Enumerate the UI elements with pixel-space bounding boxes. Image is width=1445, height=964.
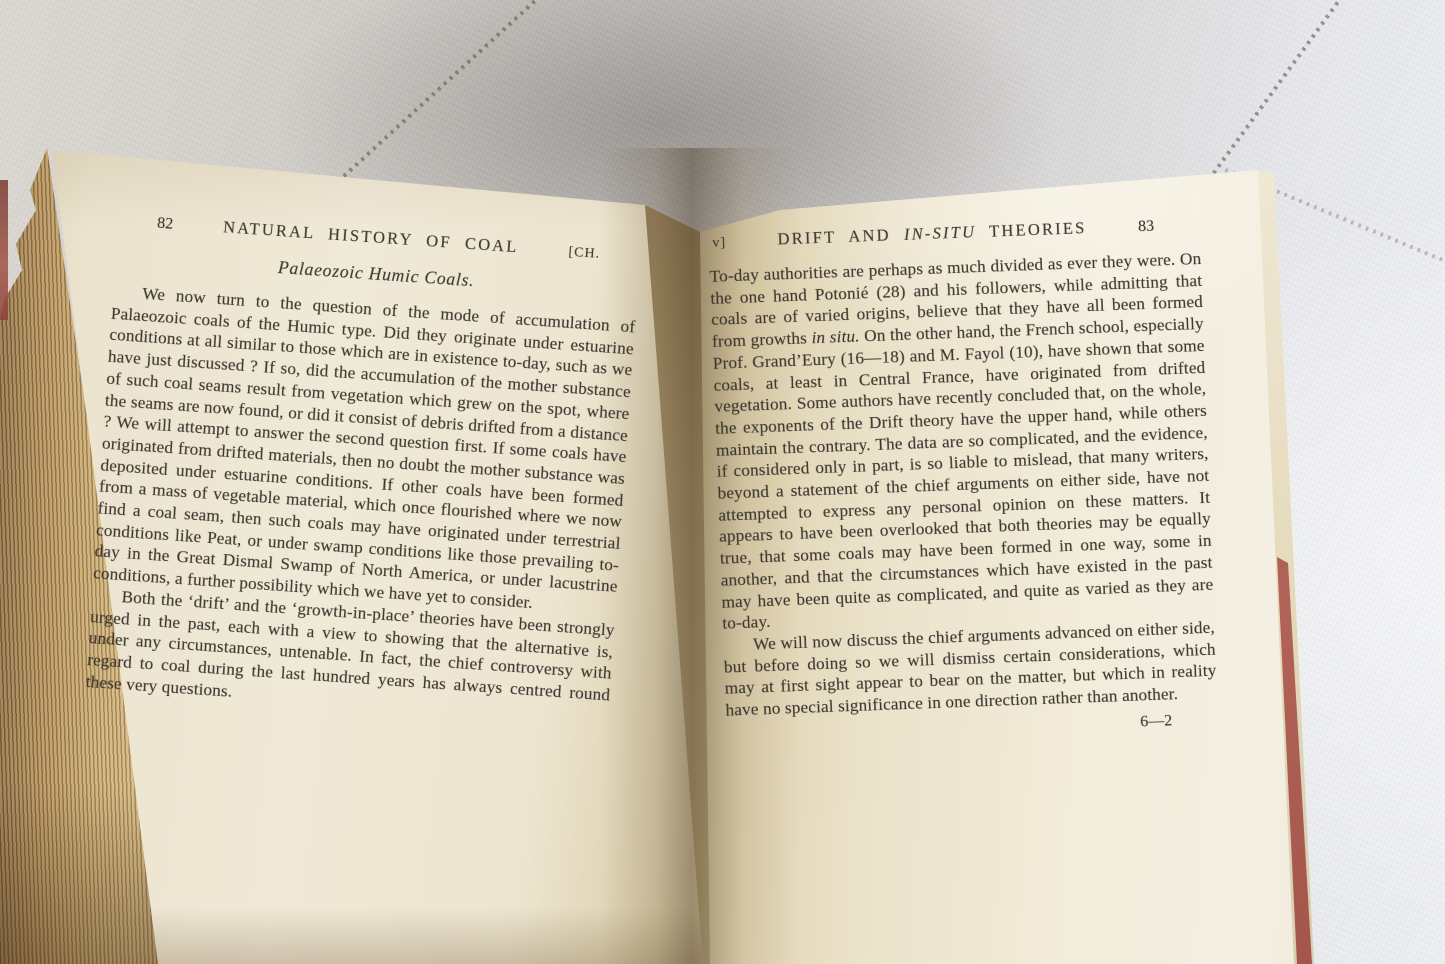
page-number-right: 83: [1138, 218, 1155, 237]
paragraph-segment: On the other hand, the French school, es…: [712, 314, 1213, 633]
running-title-pre: DRIFT AND: [777, 225, 904, 249]
photo-of-open-book: 82 NATURAL HISTORY OF COAL [CH. Palaeozo…: [0, 0, 1445, 964]
open-book: 82 NATURAL HISTORY OF COAL [CH. Palaeozo…: [0, 0, 1445, 964]
running-title-italic: IN-SITU: [904, 222, 977, 244]
paragraph: We will now discuss the chief arguments …: [723, 617, 1218, 722]
book-cover-edge-left: [0, 180, 8, 320]
page-number-left: 82: [157, 215, 174, 234]
right-page-content: v] DRIFT AND IN-SITU THEORIES 83 To-day …: [708, 214, 1219, 746]
paragraph: To-day authorities are perhaps as much d…: [709, 248, 1214, 635]
left-page-content: 82 NATURAL HISTORY OF COAL [CH. Palaeozo…: [85, 210, 641, 728]
chapter-mark-right: v]: [712, 235, 726, 251]
running-title-post: THEORIES: [976, 218, 1087, 241]
chapter-mark-left: [CH.: [568, 245, 601, 263]
paragraph-italic-segment: in situ.: [811, 327, 860, 348]
paragraph: We now turn to the question of the mode …: [93, 281, 636, 620]
